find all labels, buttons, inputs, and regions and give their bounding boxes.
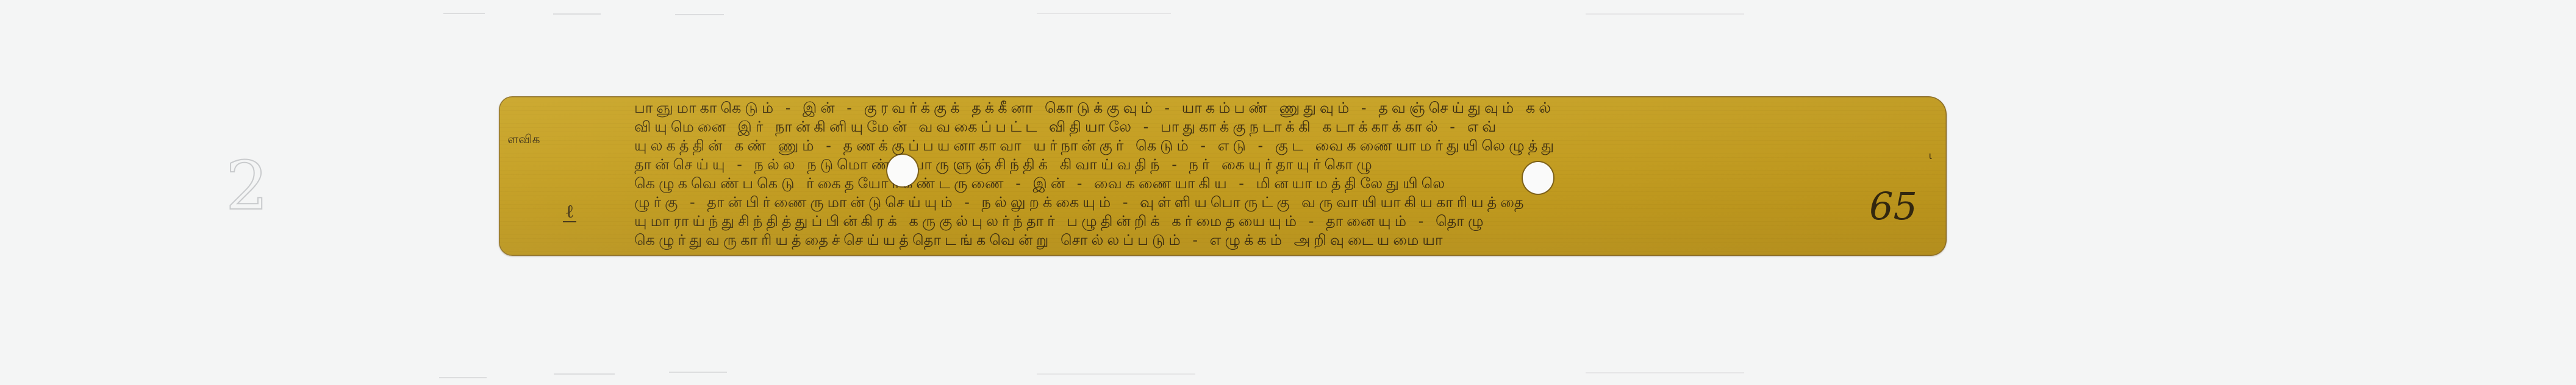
margin-note: ளவிக: [507, 132, 540, 148]
scan-guide-line: [443, 13, 485, 14]
scan-canvas: 2 ளவிக ℓ பாஞுமாகாகெடும் - இன் - குரவர்க்…: [0, 0, 2576, 385]
manuscript-line: ழுர்கு - தான்பிர்ணைருமான்டுசெய்யும் - நல…: [634, 193, 1805, 212]
manuscript-text: பாஞுமாகாகெடும் - இன் - குரவர்க்குக் தக்க…: [634, 99, 1805, 250]
manuscript-line: யுலகத்தின் கண் ணும் - தணக்குப்பயனாகாவா ய…: [634, 136, 1805, 155]
manuscript-line: கெழுர்துவருகாரியத்தைச்செய்யத்தொடங்கவென்ற…: [634, 231, 1805, 250]
palm-leaf: ளவிக ℓ பாஞுமாகாகெடும் - இன் - குரவர்க்கு…: [499, 96, 1947, 256]
manuscript-line: கெழுகவெண்பகெடு ர்கைதயோர்கண்டருணை - இன் -…: [634, 174, 1805, 193]
scan-guide-line: [669, 372, 727, 373]
folio-number: 65: [1869, 188, 1917, 225]
string-hole-right: [1523, 162, 1553, 194]
scan-guide-line: [1586, 13, 1744, 15]
margin-mark: ℓ: [563, 203, 576, 222]
scan-guide-line: [1037, 13, 1171, 14]
scan-guide-line: [553, 13, 601, 15]
string-hole-left: [887, 155, 918, 186]
manuscript-line: வியுமெனை இர் நான்கினியுமேன் வவகைப்பட்ட வ…: [634, 118, 1805, 136]
scan-guide-line: [1037, 373, 1195, 375]
manuscript-line: தான்செய்யு - நல்ல நடுமொண் பொருளுஞ்சிந்தி…: [634, 155, 1805, 174]
manuscript-line: பாஞுமாகாகெடும் - இன் - குரவர்க்குக் தக்க…: [634, 99, 1805, 118]
scan-guide-line: [554, 373, 615, 375]
scan-guide-line: [1586, 372, 1744, 373]
pencil-page-number: 2: [226, 152, 268, 219]
scan-guide-line: [439, 377, 487, 378]
scan-guide-line: [675, 14, 724, 15]
manuscript-line: யுமாராய்ந்துசிந்தித்துப்பின்கிரக் கருகுல…: [634, 212, 1805, 231]
edge-mark: ɩ: [1929, 150, 1932, 161]
